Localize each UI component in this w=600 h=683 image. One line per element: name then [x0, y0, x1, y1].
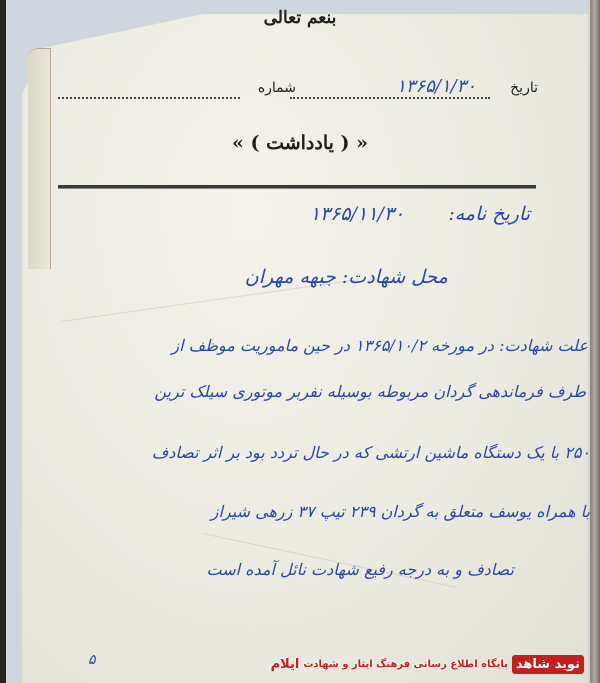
watermark-subtitle: پایگاه اطلاع رسانی فرهنگ ایثار و شهادت	[303, 659, 508, 670]
watermark: نوید شاهد پایگاه اطلاع رسانی فرهنگ ایثار…	[271, 651, 584, 677]
header-invocation: بنعم تعالی	[0, 8, 600, 28]
form-fields-row: تاریخ ۱۳۶۵/۱/۳۰ شماره	[58, 80, 538, 104]
letter-date-label: تاریخ نامه:	[448, 203, 530, 225]
letter-date-value: ۱۳۶۵/۱۱/۳۰	[310, 203, 404, 225]
number-label: شماره	[258, 80, 296, 96]
date-label: تاریخ	[510, 80, 538, 96]
body-line-4: طرف فرماندهی گردان مربوطه بوسیله نفربر م…	[154, 382, 586, 401]
body-line-5: ۲۵۰ با یک دستگاه ماشین ارتشی که در حال ت…	[152, 443, 590, 462]
paper-fold	[28, 48, 51, 269]
number-dotted-line	[58, 97, 240, 99]
document-title: « ( یادداشت ) »	[0, 132, 600, 154]
watermark-region: ایلام	[271, 657, 300, 672]
body-line-6: با همراه یوسف متعلق به گردان ۲۳۹ تیپ ۳۷ …	[211, 502, 590, 521]
date-dotted-line	[290, 97, 490, 99]
scan-frame-right	[590, 0, 600, 683]
header-divider	[58, 185, 536, 189]
body-line-3: علت شهادت: در مورخه ۱۳۶۵/۱۰/۲ در حین مام…	[171, 336, 588, 355]
letter-date-line: تاریخ نامه: ۱۳۶۵/۱۱/۳۰	[310, 203, 530, 225]
date-value: ۱۳۶۵/۱/۳۰	[396, 76, 476, 97]
martyrdom-place-line: محل شهادت: جبهه مهران	[245, 266, 448, 288]
watermark-logo: نوید شاهد	[512, 655, 584, 674]
scan-frame-left	[0, 0, 6, 683]
body-line-7: تصادف و به درجه رفیع شهادت نائل آمده است	[207, 560, 515, 579]
stray-ink-mark: ۵	[88, 652, 96, 668]
